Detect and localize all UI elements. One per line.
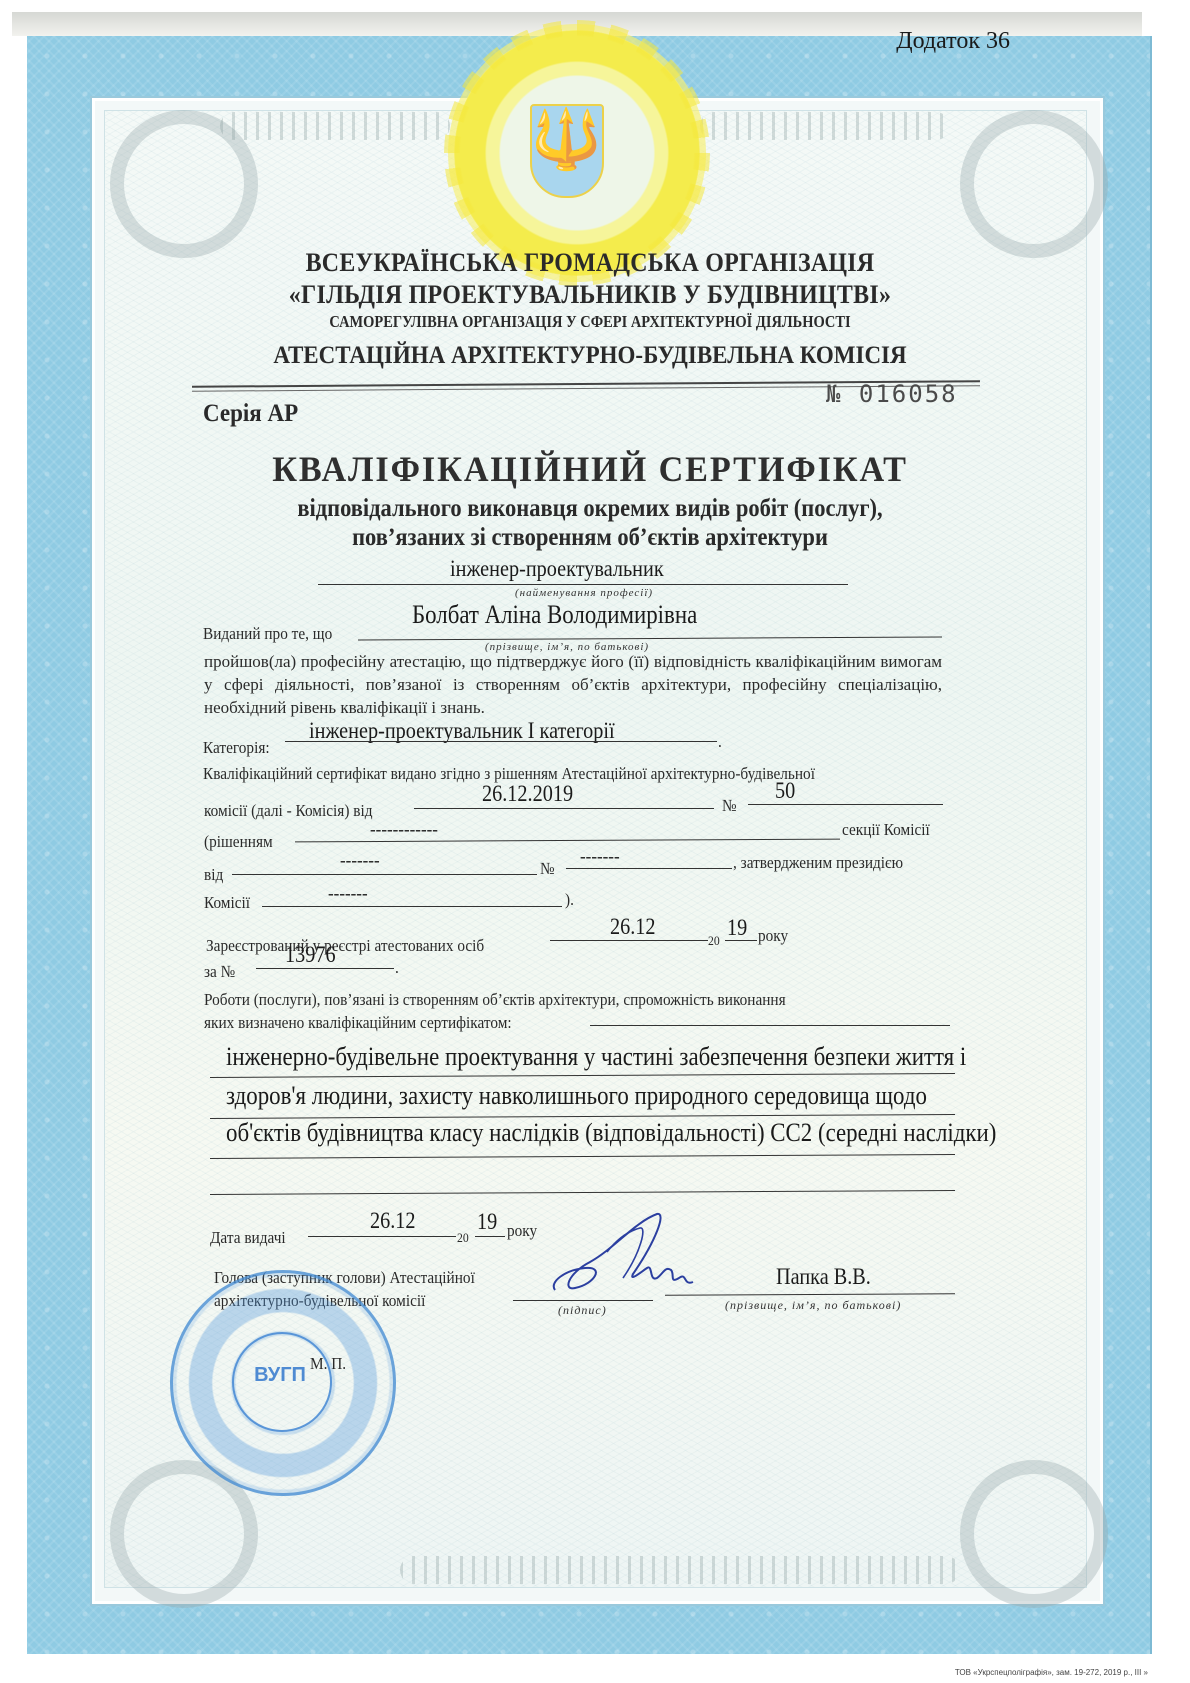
issue-year-prefix: 20 [457,1230,469,1246]
signature-hint: (підпис) [558,1303,607,1318]
section-from-line [232,874,537,875]
section-suffix: секції Комісії [842,820,930,840]
section-no-label: № [540,859,555,879]
commission-line [262,906,562,907]
registry-year-suffix: року [758,926,788,946]
profession-value: інженер-проектувальник [450,556,664,582]
issue-date-label: Дата видачі [210,1228,286,1248]
series-label: Серія АР [203,400,298,428]
registry-year-prefix: 20 [708,933,720,949]
org-description: САМОРЕГУЛІВНА ОРГАНІЗАЦІЯ У СФЕРІ АРХІТЕ… [250,312,930,332]
handwritten-signature [545,1212,705,1302]
holder-name: Болбат Аліна Володимирівна [412,600,697,630]
decision-from-label: комісії (далі - Комісія) від [204,801,372,821]
section-decision-value: ------------ [370,820,438,840]
registry-date: 26.12 [610,914,656,940]
works-line-2: здоров'я людини, захисту навколишнього п… [226,1081,927,1111]
works-label-line1: Роботи (послуги), пов’язані із створення… [204,990,786,1010]
corner-ornament-top-right [960,110,1108,258]
subtitle-line1: відповідального виконавця окремих видів … [230,494,950,523]
issue-date-line [308,1236,456,1237]
registry-end: . [395,958,399,978]
decision-date-line [414,808,714,809]
commission-end: ). [565,890,574,910]
issue-year: 19 [477,1209,497,1235]
registry-year: 19 [727,915,747,941]
issue-year-suffix: року [507,1221,537,1241]
organization-header: ВСЕУКРАЇНСЬКА ГРОМАДСЬКА ОРГАНІЗАЦІЯ «ГІ… [190,248,990,370]
approved-suffix: , затвердженим президією [733,853,903,873]
certificate-title: КВАЛІФІКАЦІЙНИЙ СЕРТИФІКАТ [210,448,970,490]
org-name-line2: «ГІЛЬДІЯ ПРОЕКТУВАЛЬНИКІВ У БУДІВНИЦТВІ» [222,280,958,310]
issued-to-label: Виданий про те, що [203,624,332,644]
decision-date: 26.12.2019 [482,781,573,807]
profession-line [318,584,848,585]
commission-value: ------- [328,884,368,904]
registry-no-label: за № [204,962,235,982]
commission-name: АТЕСТАЦІЙНА АРХІТЕКТУРНО-БУДІВЕЛЬНА КОМІ… [222,342,958,370]
org-name-line1: ВСЕУКРАЇНСЬКА ГРОМАДСЬКА ОРГАНІЗАЦІЯ [222,248,958,278]
decision-no-label: № [722,796,737,816]
commission-label: Комісії [204,893,250,913]
section-no-line [566,868,732,869]
registry-date-line [550,940,708,941]
category-label: Категорія: [203,738,270,758]
certificate-number: № 016058 [826,380,958,408]
wave-ornament-top-left [220,112,450,140]
certificate-subtitle: відповідального виконавця окремих видів … [230,494,950,552]
section-decision-label: (рішенням [204,832,273,852]
registry-number-line [256,968,394,969]
subtitle-line2: пов’язаних зі створенням об’єктів архіте… [230,523,950,552]
category-period: . [718,732,722,752]
printer-imprint: ТОВ «Укрспецполіграфія», зам. 19-272, 20… [955,1668,1148,1677]
registry-label: Зареєстрований у реєстрі атестованих осі… [206,936,484,956]
attestation-statement: пройшов(ла) професійну атестацію, що під… [204,650,942,719]
appendix-label: Додаток 36 [896,28,1010,55]
seal-place-label: М. П. [310,1354,346,1374]
corner-ornament-bottom-right [960,1460,1108,1608]
decision-number-line [748,804,943,805]
works-label-line [590,1025,950,1026]
section-from-label: від [204,865,223,885]
issue-year-line [475,1236,505,1237]
section-no-value: ------- [580,847,620,867]
profession-hint: (найменування професії) [515,587,653,599]
registry-number: 13976 [285,942,336,968]
signatory-name-hint: (прізвище, ім’я, по батькові) [725,1298,901,1313]
section-from-value: ------- [340,851,380,871]
registry-year-line [725,940,757,941]
signatory-name: Папка В.В. [776,1264,871,1290]
decision-number: 50 [775,778,795,804]
issue-date: 26.12 [370,1208,416,1234]
works-line-3: об'єктів будівництва класу наслідків (ві… [226,1118,996,1148]
works-label-line2: яких визначено кваліфікаційним сертифіка… [204,1013,512,1033]
wave-ornament-bottom [400,1556,960,1584]
trident-icon: 🔱 [530,110,600,168]
works-line-1: інженерно-будівельне проектування у част… [226,1042,966,1072]
category-line [285,741,717,742]
wave-ornament-top-right [700,112,950,140]
